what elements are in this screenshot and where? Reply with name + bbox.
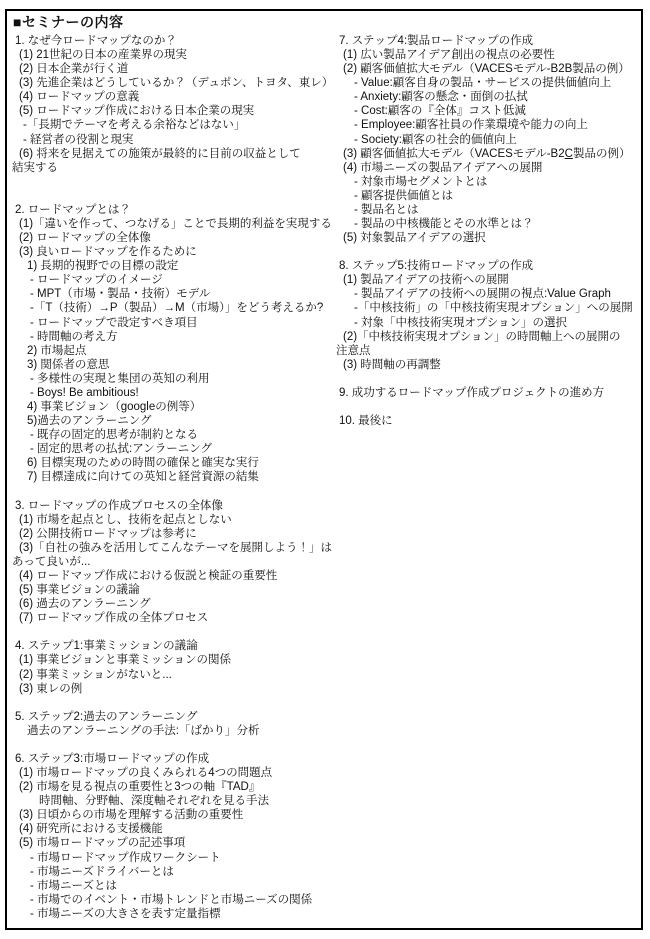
outline-line: 2. ロードマップとは？ [12,203,336,217]
outline-line: - 時間軸の考え方 [12,330,336,344]
outline-line: (1) 製品アイデアの技術への展開 [336,273,637,287]
outline-line: 1. なぜ今ロードマップなのか？ [12,34,336,48]
outline-line: (1) 広い製品アイデア創出の視点の必要性 [336,48,637,62]
outline-line: 6) 目標実現のための時間の確保と確実な実行 [12,456,336,470]
outline-line: - 製品の中核機能とその水準とは？ [336,217,637,231]
outline-line: (3) 東レの例 [12,682,336,696]
outline-line: - Boys! Be ambitious! [12,386,336,400]
outline-line: - Cost:顧客の『全体』コスト低減 [336,104,637,118]
outline-line: (5) 対象製品アイデアの選択 [336,231,637,245]
outline-line: (2) 日本企業が行く道 [12,62,336,76]
outline-line: (1) 事業ビジョンと事業ミッションの関係 [12,653,336,667]
outline-columns: 1. なぜ今ロードマップなのか？(1) 21世紀の日本の産業界の現実(2) 日本… [12,34,637,921]
blank-line [12,696,336,710]
outline-line: 9. 成功するロードマップ作成プロジェクトの進め方 [336,386,637,400]
outline-line: あって良いが... [12,555,336,569]
outline-line: 4. ステップ1:事業ミッションの議論 [12,639,336,653]
outline-line: - 市場ニーズの大きさを表す定量指標 [12,907,336,921]
outline-line: - 対象市場セグメントとは [336,175,637,189]
outline-line: - 市場でのイベント・市場トレンドと市場ニーズの関係 [12,893,336,907]
outline-line: - 製品名とは [336,203,637,217]
outline-line: - ロードマップで設定すべき項目 [12,316,336,330]
outline-line: (3) 先進企業はどうしているか？（デュポン、トヨタ、東レ） [12,76,336,90]
outline-line: (2) ロードマップの全体像 [12,231,336,245]
outline-line: 1) 長期的視野での目標の設定 [12,259,336,273]
blank-line [12,625,336,639]
blank-line [336,372,637,386]
outline-line: 結実する [12,161,336,175]
outline-line: 4) 事業ビジョン（googleの例等） [12,400,336,414]
outline-line: 5)過去のアンラーニング [12,414,336,428]
outline-line: (1) 21世紀の日本の産業界の現実 [12,48,336,62]
outline-line: (3) 良いロードマップを作るために [12,245,336,259]
outline-line: (2)「中核技術実現オプション」の時間軸上への展開の [336,330,637,344]
outline-line: (4) ロードマップ作成における仮説と検証の重要性 [12,569,336,583]
outline-line: 7. ステップ4:製品ロードマップの作成 [336,34,637,48]
outline-line: (6) 過去のアンラーニング [12,597,336,611]
outline-line: (2) 市場を見る視点の重要性と3つの軸『TAD』 [12,780,336,794]
blank-line [336,400,637,414]
outline-line: 時間軸、分野軸、深度軸それぞれを見る手法 [12,794,336,808]
outline-line: (1) 市場ロードマップの良くみられる4つの問題点 [12,766,336,780]
outline-line: 7) 目標達成に向けての英知と経営資源の結集 [12,470,336,484]
outline-line: (5) ロードマップ作成における日本企業の現実 [12,104,336,118]
outline-line: 8. ステップ5:技術ロードマップの作成 [336,259,637,273]
outline-line: -「T（技術）→P（製品）→M（市場）」をどう考えるか? [12,301,336,315]
outline-line: 過去のアンラーニングの手法:「ばかり」分析 [12,724,336,738]
outline-line: (2) 公開技術ロードマップは参考に [12,527,336,541]
outline-line: - Society:顧客の社会的価値向上 [336,133,637,147]
outline-line: (4) ロードマップの意義 [12,90,336,104]
outline-line: - Value:顧客自身の製品・サービスの提供価値向上 [336,76,637,90]
outline-line: - 顧客提供価値とは [336,189,637,203]
outline-line: - Employee:顧客社員の作業環境や能力の向上 [336,118,637,132]
blank-line [12,485,336,499]
outline-line: - MPT（市場・製品・技術）モデル [12,287,336,301]
outline-line: (3) 日頃からの市場を理解する活動の重要性 [12,808,336,822]
outline-line: -「長期でテーマを考える余裕などはない」 [12,118,336,132]
blank-line [12,175,336,189]
outline-line: (7) ロードマップ作成の全体プロセス [12,611,336,625]
outline-line: - 市場ロードマップ作成ワークシート [12,851,336,865]
outline-line: (3)「自社の強みを活用してこんなテーマを展開しよう！」は [12,541,336,555]
outline-line: - 市場ニーズとは [12,879,336,893]
outline-line: - 既存の固定的思考が制約となる [12,428,336,442]
outline-line: 2) 市場起点 [12,344,336,358]
outline-line: - 対象「中核技術実現オプション」の選択 [336,316,637,330]
outline-line: 10. 最後に [336,414,637,428]
outline-line: - 経営者の役割と現実 [12,133,336,147]
outline-line: - 製品アイデアの技術への展開の視点:Value Graph [336,287,637,301]
outline-line: (3) 時間軸の再調整 [336,358,637,372]
outline-line: (6) 将来を見据えての施策が最終的に目前の収益として [12,147,336,161]
outline-line: 注意点 [336,344,637,358]
outline-line: (1)「違いを作って、つなげる」ことで長期的利益を実現する [12,217,336,231]
blank-line [336,245,637,259]
outline-line: - ロードマップのイメージ [12,273,336,287]
outline-line: -「中核技術」の「中核技術実現オプション」への展開 [336,301,637,315]
outline-line: (5) 事業ビジョンの議論 [12,583,336,597]
page-title: ■セミナーの内容 [13,14,637,31]
outline-column-right: 7. ステップ4:製品ロードマップの作成(1) 広い製品アイデア創出の視点の必要… [336,34,637,428]
outline-line: (3) 顧客価値拡大モデル（VACESモデル-B2C製品の例） [336,147,637,161]
outline-line: - Anxiety:顧客の懸念・面倒の払拭 [336,90,637,104]
blank-line [12,738,336,752]
outline-line: - 市場ニーズドライバーとは [12,865,336,879]
outline-line: (2) 顧客価値拡大モデル（VACESモデル-B2B製品の例） [336,62,637,76]
document-page: ■セミナーの内容 1. なぜ今ロードマップなのか？(1) 21世紀の日本の産業界… [5,9,643,930]
outline-line: 3. ロードマップの作成プロセスの全体像 [12,499,336,513]
outline-column-left: 1. なぜ今ロードマップなのか？(1) 21世紀の日本の産業界の現実(2) 日本… [12,34,336,921]
outline-line: - 固定的思考の払拭:アンラーニング [12,442,336,456]
blank-line [12,189,336,203]
outline-line: (2) 事業ミッションがないと... [12,668,336,682]
outline-line: (4) 市場ニーズの製品アイデアへの展開 [336,161,637,175]
outline-line: (1) 市場を起点とし、技術を起点としない [12,513,336,527]
outline-line: - 多様性の実現と集団の英知の利用 [12,372,336,386]
outline-line: 6. ステップ3:市場ロードマップの作成 [12,752,336,766]
outline-line: (5) 市場ロードマップの記述事項 [12,836,336,850]
outline-line: (4) 研究所における支援機能 [12,822,336,836]
outline-line: 5. ステップ2:過去のアンラーニング [12,710,336,724]
outline-line: 3) 関係者の意思 [12,358,336,372]
